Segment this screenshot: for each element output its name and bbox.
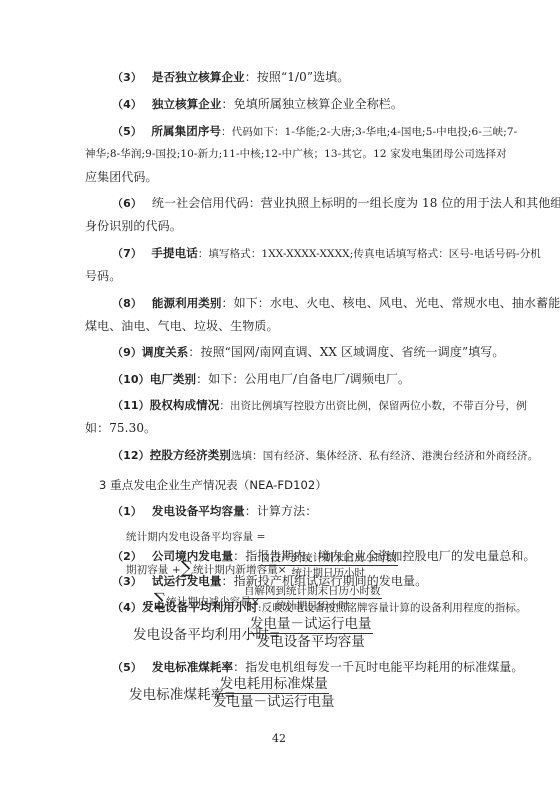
item-label: 电厂类别	[150, 372, 196, 386]
item-text: ：代码如下：1-华能;2-大唐;3-华电;4-国电;5-中电投;6-三峡;7-	[221, 126, 517, 138]
formula1-lhs: 统计期内发电设备平均容量 =	[126, 530, 266, 545]
formula3-fraction: 发电耗用标准煤量 发电量－试运行电量	[213, 676, 335, 711]
item-11-continuation: 如：75.30。	[85, 421, 156, 436]
section-heading: 3 重点发电企业生产情况表（NEA-FD102）	[99, 478, 327, 493]
item-7-continuation: 号码。	[85, 269, 121, 284]
item-text: ：指新投产机组试运行期间的发电量。	[222, 574, 428, 588]
item-4: （4） 独立核算企业：免填所属独立核算企业全称栏。	[112, 97, 403, 112]
item-11: （11）股权构成情况：出资比例填写控股方出资比例，保留两位小数，不带百分号，例	[112, 398, 527, 414]
item-b1: （1） 发电设备平均容量：计算方法：	[112, 504, 317, 519]
item-10: （10）电厂类别：如下：公用电厂/自备电厂/调频电厂。	[112, 372, 410, 387]
item-3: （3） 是否独立核算企业：按照“1/0”选填。	[112, 70, 349, 85]
item-text: :反映发电设备按照铭牌容量计算的设备利用程度的指标。	[258, 602, 527, 614]
denominator: 发电设备平均容量	[257, 634, 365, 651]
item-number: （3）	[112, 71, 142, 84]
item-label: 发电标准煤耗率	[152, 660, 233, 674]
item-label: 控股方经济类别	[150, 448, 231, 462]
item-b3: （3） 试运行发电量：指新投产机组试运行期间的发电量。	[112, 574, 427, 589]
item-number: （12）	[112, 449, 150, 462]
item-label: 所属集团序号	[151, 124, 221, 138]
item-label: 是否独立核算企业	[152, 70, 245, 84]
item-text: ：填写格式：1XX-XXXX-XXXX;传真电话填写格式：区号-电话号码-分机	[198, 248, 541, 260]
numerator: 发电量－试运行电量	[249, 616, 373, 634]
item-text: ：指发电机组每发一千瓦时电能平均耗用的标准煤量。	[233, 660, 523, 674]
item-number: （2）	[112, 550, 142, 563]
item-text: ：计算方法：	[245, 504, 318, 518]
item-number: （7）	[112, 247, 142, 260]
item-number: （9）	[112, 346, 142, 359]
page-number: 42	[272, 732, 286, 745]
item-label: 试运行发电量	[152, 574, 222, 588]
item-number: （8）	[112, 297, 142, 310]
item-5-continuation-2: 应集团代码。	[85, 170, 158, 185]
item-text: ：出资比例填写控股方出资比例，保留两位小数，不带百分号，例	[219, 400, 526, 412]
item-number: （6）	[112, 197, 142, 210]
item-number: （5）	[112, 661, 142, 674]
item-text: ：按照“1/0”选填。	[245, 70, 350, 84]
item-text: ：免填所属独立核算企业全称栏。	[222, 97, 404, 111]
item-label: 股权构成情况	[150, 398, 220, 412]
item-number: （10）	[112, 373, 150, 386]
item-text: 统一社会信用代码：营业执照上标明的一组长度为 18 位的用于法人和其他组织	[152, 196, 560, 210]
item-6-continuation: 身份识别的代码。	[85, 219, 182, 234]
item-b2: （2） 公司境内发电量：指报告期内、境内企业全资加控股电厂的发电量总和。	[112, 549, 536, 564]
item-5-continuation: 神华;8-华润;9-国投;10-新力;11-中核;12-中广核；13-其它。12…	[85, 147, 507, 162]
item-b4: （4）发电设备平均利用小时:反映发电设备按照铭牌容量计算的设备利用程度的指标。	[112, 600, 527, 616]
item-number: （11）	[112, 399, 150, 412]
item-number: （4）	[112, 98, 142, 111]
item-12: （12）控股方经济类别选填：国有经济、集体经济、私有经济、港澳台经济和外商经济。	[112, 448, 538, 464]
item-label: 调度关系	[142, 345, 188, 359]
item-5: （5） 所属集团序号：代码如下：1-华能;2-大唐;3-华电;4-国电;5-中电…	[112, 124, 517, 140]
item-text: 选填：国有经济、集体经济、私有经济、港澳台经济和外商经济。	[231, 450, 538, 462]
item-text: ：如下：水电、火电、核电、风电、光电、常规水电、抽水蓄能、	[222, 296, 560, 310]
item-8-continuation: 煤电、油电、气电、垃圾、生物质。	[85, 319, 279, 334]
item-text: ：指报告期内、境内企业全资加控股电厂的发电量总和。	[233, 549, 536, 563]
item-b5: （5） 发电标准煤耗率：指发电机组每发一千瓦时电能平均耗用的标准煤量。	[112, 660, 524, 675]
item-label: 能源利用类别	[152, 296, 222, 310]
denominator: 发电量－试运行电量	[213, 694, 335, 711]
item-number: （1）	[112, 505, 142, 518]
item-number: （4）	[112, 601, 142, 614]
item-6: （6） 统一社会信用代码：营业执照上标明的一组长度为 18 位的用于法人和其他组…	[112, 196, 560, 211]
item-text: ：如下：公用电厂/自备电厂/调频电厂。	[196, 372, 410, 386]
item-text: ：按照“国网/南网直调、XX 区域调度、省统一调度”填写。	[188, 345, 504, 359]
item-number: （3）	[112, 575, 142, 588]
item-7: （7） 手提电话：填写格式：1XX-XXXX-XXXX;传真电话填写格式：区号-…	[112, 246, 541, 262]
item-number: （5）	[112, 125, 142, 138]
item-label: 发电设备平均容量	[152, 504, 245, 518]
numerator: 发电耗用标准煤量	[219, 676, 329, 694]
item-label: 发电设备平均利用小时	[142, 600, 258, 614]
item-label: 公司境内发电量	[152, 549, 233, 563]
item-9: （9）调度关系：按照“国网/南网直调、XX 区域调度、省统一调度”填写。	[112, 345, 505, 360]
formula2-fraction: 发电量－试运行电量 发电设备平均容量	[249, 616, 373, 651]
item-label: 手提电话	[151, 246, 197, 260]
item-label: 独立核算企业	[152, 97, 222, 111]
item-8: （8） 能源利用类别：如下：水电、火电、核电、风电、光电、常规水电、抽水蓄能、	[112, 296, 560, 311]
